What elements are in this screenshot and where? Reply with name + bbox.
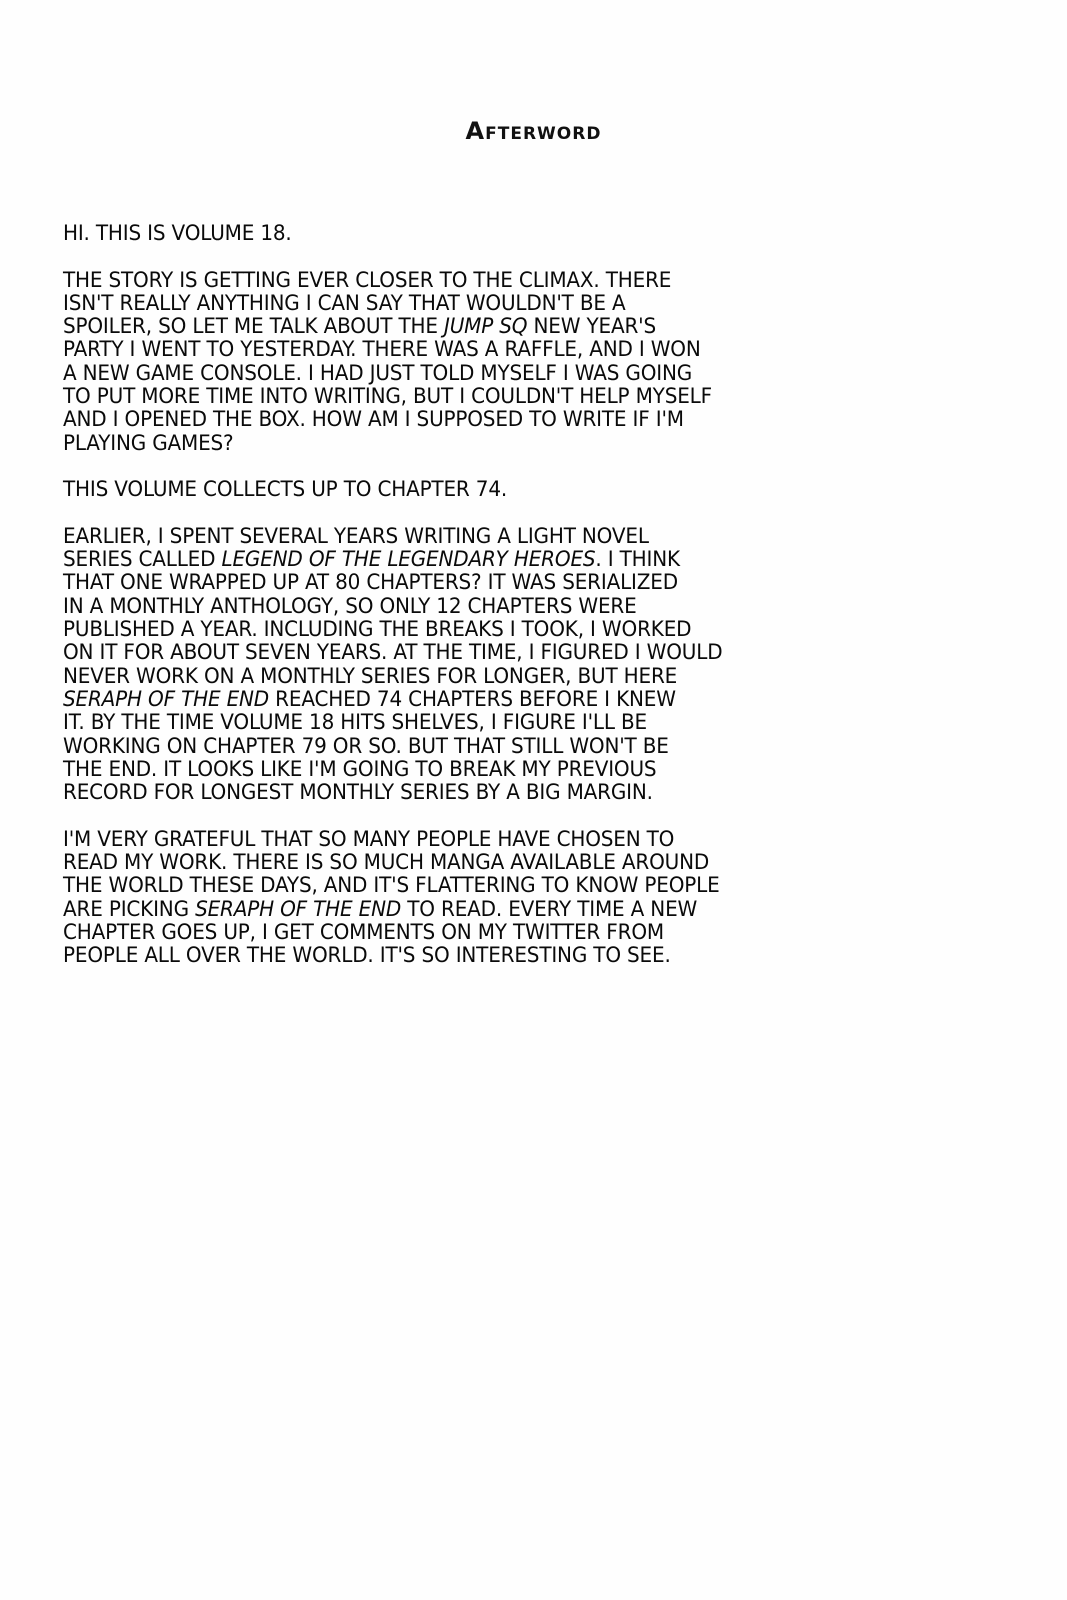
text-segment: never work on a monthly series for longe… bbox=[63, 664, 677, 689]
text-segment: The story is getting ever closer to the … bbox=[63, 268, 671, 293]
text-segment: the world these days, and it's flatterin… bbox=[63, 873, 720, 898]
text-segment: to read. Every time a new bbox=[401, 897, 697, 922]
text-segment: Hi. This is volume 18. bbox=[63, 221, 292, 246]
title-emphasis: Seraph of the End bbox=[195, 897, 401, 922]
text-line: the end. It looks like I'm going to brea… bbox=[63, 758, 900, 781]
text-line: series called Legend of the Legendary He… bbox=[63, 548, 900, 571]
text-segment: are picking bbox=[63, 897, 195, 922]
text-segment: spoiler, so let me talk about the bbox=[63, 314, 444, 339]
text-segment: published a year. Including the breaks I… bbox=[63, 617, 691, 642]
text-segment: to put more time into writing, but I cou… bbox=[63, 384, 712, 409]
text-line: Seraph of the End reached 74 chapters be… bbox=[63, 688, 900, 711]
text-segment: read my work. There is so much manga ava… bbox=[63, 850, 709, 875]
text-line: Hi. This is volume 18. bbox=[63, 222, 900, 245]
text-line: a new game console. I had just told myse… bbox=[63, 362, 900, 385]
text-line: are picking Seraph of the End to read. E… bbox=[63, 898, 900, 921]
paragraph: The story is getting ever closer to the … bbox=[63, 269, 900, 455]
text-segment: chapter goes up, I get comments on my Tw… bbox=[63, 920, 664, 945]
text-line: The story is getting ever closer to the … bbox=[63, 269, 900, 292]
text-segment: . I think bbox=[595, 547, 680, 572]
text-segment: on it for about seven years. At the time… bbox=[63, 640, 722, 665]
paragraph: Earlier, I spent several years writing a… bbox=[63, 525, 900, 805]
title-emphasis: Seraph of the End bbox=[63, 687, 269, 712]
paragraph: Hi. This is volume 18. bbox=[63, 222, 900, 245]
text-line: isn't really anything I can say that wou… bbox=[63, 292, 900, 315]
paragraph: This volume collects up to chapter 74. bbox=[63, 478, 900, 501]
text-line: record for longest monthly series by a b… bbox=[63, 781, 900, 804]
text-segment: and I opened the box. How am I supposed … bbox=[63, 407, 684, 432]
text-line: to put more time into writing, but I cou… bbox=[63, 385, 900, 408]
text-segment: playing games? bbox=[63, 431, 233, 456]
text-segment: Earlier, I spent several years writing a… bbox=[63, 524, 649, 549]
title-emphasis: Legend of the Legendary Heroes bbox=[222, 547, 596, 572]
afterword-body: Hi. This is volume 18.The story is getti… bbox=[63, 222, 900, 991]
text-segment: people all over the world. It's so inter… bbox=[63, 943, 671, 968]
text-segment: in a monthly anthology, so only 12 chapt… bbox=[63, 594, 637, 619]
text-line: never work on a monthly series for longe… bbox=[63, 665, 900, 688]
text-segment: This volume collects up to chapter 74. bbox=[63, 477, 507, 502]
text-line: read my work. There is so much manga ava… bbox=[63, 851, 900, 874]
text-segment: a new game console. I had just told myse… bbox=[63, 361, 692, 386]
text-line: spoiler, so let me talk about the Jump S… bbox=[63, 315, 900, 338]
text-line: Earlier, I spent several years writing a… bbox=[63, 525, 900, 548]
text-segment: new year's bbox=[527, 314, 656, 339]
text-segment: isn't really anything I can say that wou… bbox=[63, 291, 626, 316]
text-line: party I went to yesterday. There was a r… bbox=[63, 338, 900, 361]
text-segment: series called bbox=[63, 547, 222, 572]
page-title: Afterword bbox=[0, 117, 1067, 145]
text-line: working on chapter 79 or so. But that st… bbox=[63, 735, 900, 758]
text-segment: reached 74 chapters before I knew bbox=[269, 687, 676, 712]
text-line: This volume collects up to chapter 74. bbox=[63, 478, 900, 501]
text-line: I'm very grateful that so many people ha… bbox=[63, 828, 900, 851]
text-segment: the end. It looks like I'm going to brea… bbox=[63, 757, 656, 782]
afterword-page: Afterword Hi. This is volume 18.The stor… bbox=[0, 0, 1067, 1600]
text-line: people all over the world. It's so inter… bbox=[63, 944, 900, 967]
text-line: chapter goes up, I get comments on my Tw… bbox=[63, 921, 900, 944]
text-segment: party I went to yesterday. There was a r… bbox=[63, 337, 701, 362]
text-segment: it. By the time volume 18 hits shelves, … bbox=[63, 710, 647, 735]
text-line: playing games? bbox=[63, 432, 900, 455]
text-line: and I opened the box. How am I supposed … bbox=[63, 408, 900, 431]
text-segment: working on chapter 79 or so. But that st… bbox=[63, 734, 669, 759]
text-line: published a year. Including the breaks I… bbox=[63, 618, 900, 641]
text-line: the world these days, and it's flatterin… bbox=[63, 874, 900, 897]
text-segment: that one wrapped up at 80 chapters? It w… bbox=[63, 570, 678, 595]
paragraph: I'm very grateful that so many people ha… bbox=[63, 828, 900, 968]
text-segment: record for longest monthly series by a b… bbox=[63, 780, 653, 805]
text-line: on it for about seven years. At the time… bbox=[63, 641, 900, 664]
title-emphasis: Jump SQ bbox=[444, 314, 527, 339]
text-line: in a monthly anthology, so only 12 chapt… bbox=[63, 595, 900, 618]
text-line: that one wrapped up at 80 chapters? It w… bbox=[63, 571, 900, 594]
text-line: it. By the time volume 18 hits shelves, … bbox=[63, 711, 900, 734]
text-segment: I'm very grateful that so many people ha… bbox=[63, 827, 674, 852]
